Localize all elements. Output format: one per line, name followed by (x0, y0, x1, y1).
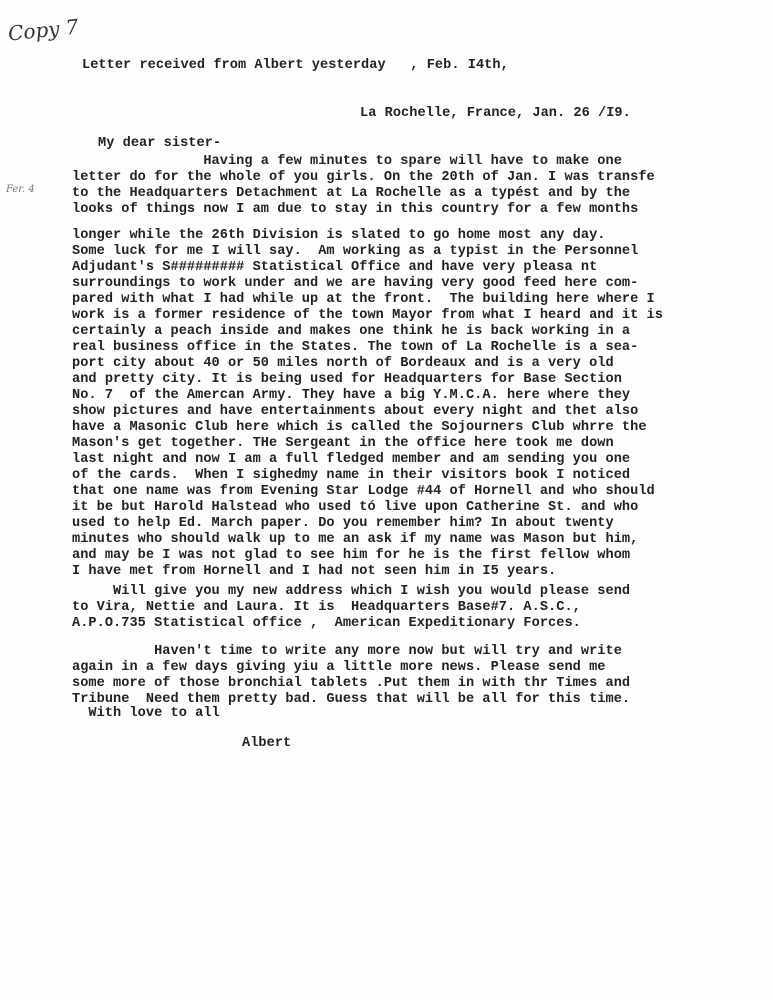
closing-line: again in a few days giving yiu a little … (72, 660, 606, 675)
closing-line: Haven't time to write any more now but w… (72, 644, 622, 659)
body-line: letter do for the whole of you girls. On… (72, 170, 655, 185)
body-line: surroundings to work under and we are ha… (72, 276, 638, 291)
body-line: Some luck for me I will say. Am working … (72, 244, 638, 259)
body-line: it be but Harold Halstead who used tó li… (72, 500, 638, 515)
address-line: to Vira, Nettie and Laura. It is Headqua… (72, 600, 581, 615)
body-line: of the cards. When I sighedmy name in th… (72, 468, 630, 483)
body-line: and pretty city. It is being used for He… (72, 372, 622, 387)
body-line: looks of things now I am due to stay in … (72, 202, 638, 217)
body-line: that one name was from Evening Star Lodg… (72, 484, 655, 499)
body-line: show pictures and have entertainments ab… (72, 404, 638, 419)
body-line: pared with what I had while up at the fr… (72, 292, 655, 307)
handwritten-copy-note: Copy 7 (7, 14, 80, 45)
body-line: and may be I was not glad to see him for… (72, 548, 630, 563)
body-line: used to help Ed. March paper. Do you rem… (72, 516, 614, 531)
body-line: No. 7 of the Amercan Army. They have a b… (72, 388, 630, 403)
signature: Albert (242, 736, 291, 751)
letter-page: Copy 7 Letter received from Albert yeste… (0, 0, 773, 1000)
body-line: certainly a peach inside and makes one t… (72, 324, 630, 339)
address-line: A.P.O.735 Statistical office , American … (72, 616, 581, 631)
received-line: Letter received from Albert yesterday , … (82, 58, 509, 73)
body-line: Adjudant's S######### Statistical Office… (72, 260, 597, 275)
address-line: Will give you my new address which I wis… (72, 584, 630, 599)
body-line: to the Headquarters Detachment at La Roc… (72, 186, 630, 201)
place-date: La Rochelle, France, Jan. 26 /I9. (360, 106, 631, 121)
closing-line: some more of those bronchial tablets .Pu… (72, 676, 630, 691)
body-line: real business office in the States. The … (72, 340, 638, 355)
closing-line: Tribune Need them pretty bad. Guess that… (72, 692, 630, 707)
body-line: I have met from Hornell and I had not se… (72, 564, 556, 579)
salutation: My dear sister- (98, 136, 221, 151)
body-line: port city about 40 or 50 miles north of … (72, 356, 614, 371)
sign-off: With love to all (72, 706, 220, 721)
body-line: have a Masonic Club here which is called… (72, 420, 647, 435)
body-line: Mason's get together. THe Sergeant in th… (72, 436, 614, 451)
body-line: minutes who should walk up to me an ask … (72, 532, 638, 547)
body-line: work is a former residence of the town M… (72, 308, 663, 323)
body-line: Having a few minutes to spare will have … (72, 154, 622, 169)
body-line: last night and now I am a full fledged m… (72, 452, 630, 467)
margin-note: Fer. 4 (6, 184, 35, 195)
body-line: longer while the 26th Division is slated… (72, 228, 606, 243)
